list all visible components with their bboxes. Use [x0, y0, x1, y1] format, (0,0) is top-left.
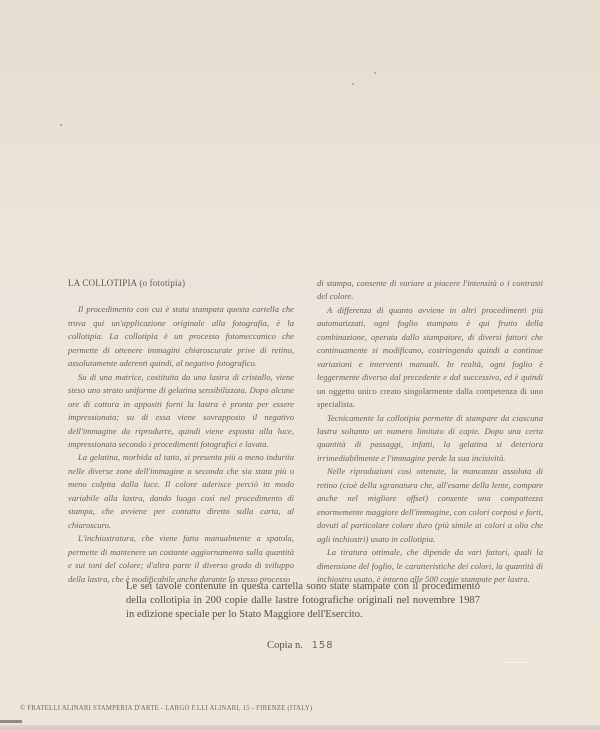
paragraph: A differenza di quanto avviene in altri … [317, 304, 543, 412]
heading-subtitle: (o fototipia) [139, 278, 185, 288]
copy-number: 158 [312, 640, 334, 651]
page-bottom-edge [0, 725, 600, 729]
paper-speck [374, 72, 376, 74]
left-column: LA COLLOTIPIA (o fototipia) Il procedime… [68, 277, 294, 586]
right-column: di stampa, consente di variare a piacere… [317, 277, 543, 586]
paragraph-roman-part: un oggetto unico creato singolarmente da… [317, 386, 543, 409]
paragraph-continuation: di stampa, consente di variare a piacere… [317, 277, 543, 304]
heading-title: LA COLLOTIPIA [68, 278, 137, 288]
publisher-footer: © FRATELLI ALINARI STAMPERIA D'ARTE - LA… [20, 705, 312, 712]
paragraph: Nelle riproduzioni così ottenute, la man… [317, 465, 543, 546]
section-heading: LA COLLOTIPIA (o fototipia) [68, 277, 294, 290]
paragraph: L'inchiostratura, che viene fatta manual… [68, 532, 294, 586]
paragraph-italic-part: A differenza di quanto avviene in altri … [317, 305, 543, 382]
copy-number-line: Copia n. 158 [267, 640, 334, 651]
paragraph: La gelatina, morbida al tatto, si presen… [68, 451, 294, 532]
paragraph: Il procedimento con cui è stata stampata… [68, 303, 294, 370]
colophon: Le sei tavole contenute in questa cartel… [126, 580, 480, 623]
document-page: LA COLLOTIPIA (o fototipia) Il procedime… [0, 0, 600, 729]
paragraph: Su di una matrice, costituita da una las… [68, 371, 294, 452]
paper-speck [352, 83, 354, 85]
embossed-mark-icon [503, 650, 537, 663]
paper-speck [60, 124, 62, 126]
paragraph: Tecnicamente la collotipia permette di s… [317, 412, 543, 466]
copy-label: Copia n. [267, 640, 303, 651]
